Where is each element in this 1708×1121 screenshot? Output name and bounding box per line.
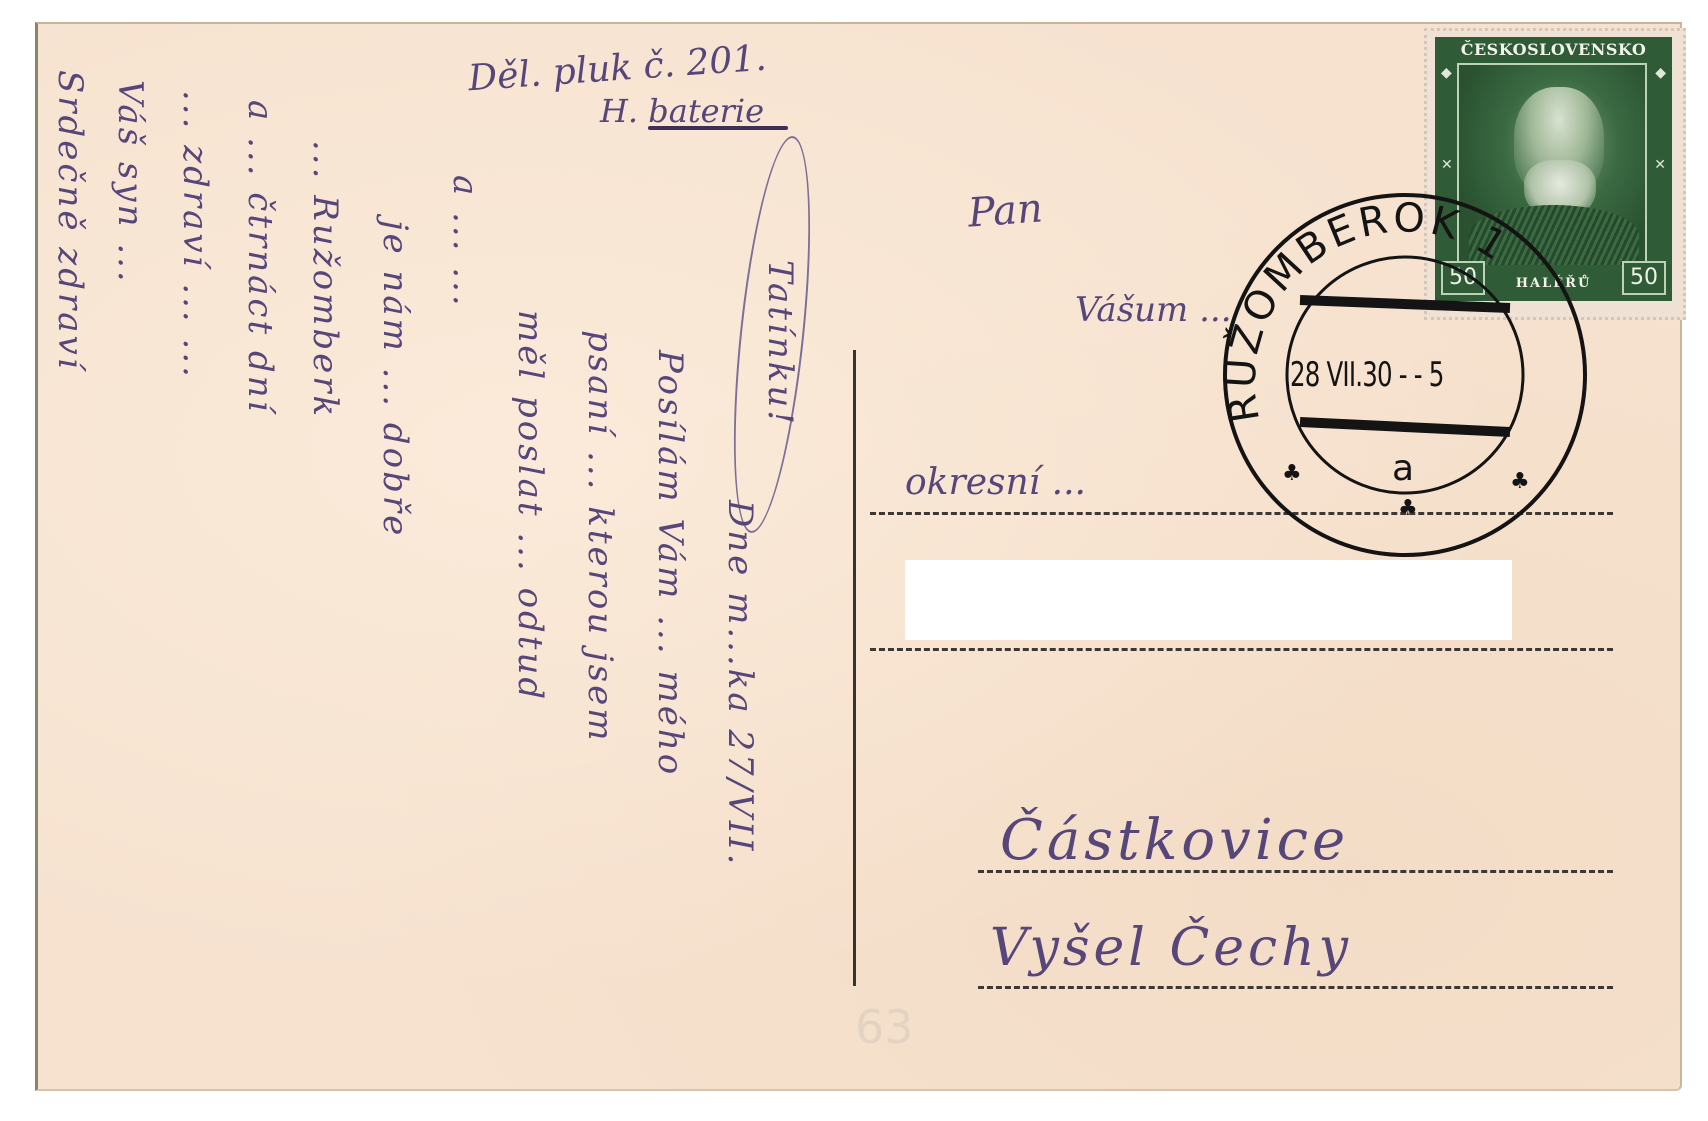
stamp-country: ČESKOSLOVENSKO bbox=[1435, 40, 1672, 59]
pencil-mark: 63 bbox=[855, 1000, 914, 1054]
message-column: Posílám Vám ... mého bbox=[650, 350, 690, 777]
message-column: měl poslat ... odtud bbox=[510, 310, 550, 702]
message-greeting: Tatínku! bbox=[760, 260, 800, 427]
message-column: Váš syn ... bbox=[110, 80, 150, 285]
address-line-2: okresní ... bbox=[905, 462, 1086, 503]
message-column: psaní ... kterou jsem bbox=[580, 330, 620, 743]
message-column: je nám ... dobře bbox=[375, 220, 415, 538]
message-column: a ... čtrnáct dní bbox=[240, 100, 280, 414]
message-column: Srdečně zdraví bbox=[50, 70, 90, 372]
redacted-address bbox=[905, 560, 1512, 640]
ornament-icon: ◆ bbox=[1655, 65, 1666, 81]
battery-underline bbox=[648, 126, 788, 130]
address-rule-2 bbox=[870, 648, 1613, 651]
address-line-1: Vášum ... bbox=[1075, 290, 1232, 330]
ornament-icon: ◆ bbox=[1441, 65, 1452, 81]
ornament-icon: ✕ bbox=[1654, 157, 1666, 173]
postmark-sub: a bbox=[1392, 448, 1414, 489]
svg-text:♣: ♣ bbox=[1282, 461, 1302, 486]
address-line-5: Vyšel Čechy bbox=[990, 918, 1352, 978]
address-rule-4 bbox=[978, 986, 1613, 989]
address-divider bbox=[853, 350, 856, 986]
ornament-icon: ✕ bbox=[1441, 157, 1453, 173]
message-column: ... Ružomberk bbox=[305, 140, 345, 419]
message-column: a ... ... bbox=[445, 175, 485, 309]
battery-note: H. baterie bbox=[600, 92, 764, 130]
postmark-date: 28 VII.30 - - 5 bbox=[1290, 355, 1444, 395]
message-column: Dne m...ka 27/VII. bbox=[720, 500, 760, 867]
stamp-value-right: 50 bbox=[1622, 261, 1666, 295]
address-prefix: Pan bbox=[966, 185, 1044, 236]
svg-text:♣: ♣ bbox=[1398, 496, 1418, 521]
address-line-4: Částkovice bbox=[1000, 808, 1349, 873]
svg-text:♣: ♣ bbox=[1510, 469, 1530, 494]
message-column: ... zdraví ... ... bbox=[175, 90, 215, 380]
address-rule-3 bbox=[978, 870, 1613, 873]
